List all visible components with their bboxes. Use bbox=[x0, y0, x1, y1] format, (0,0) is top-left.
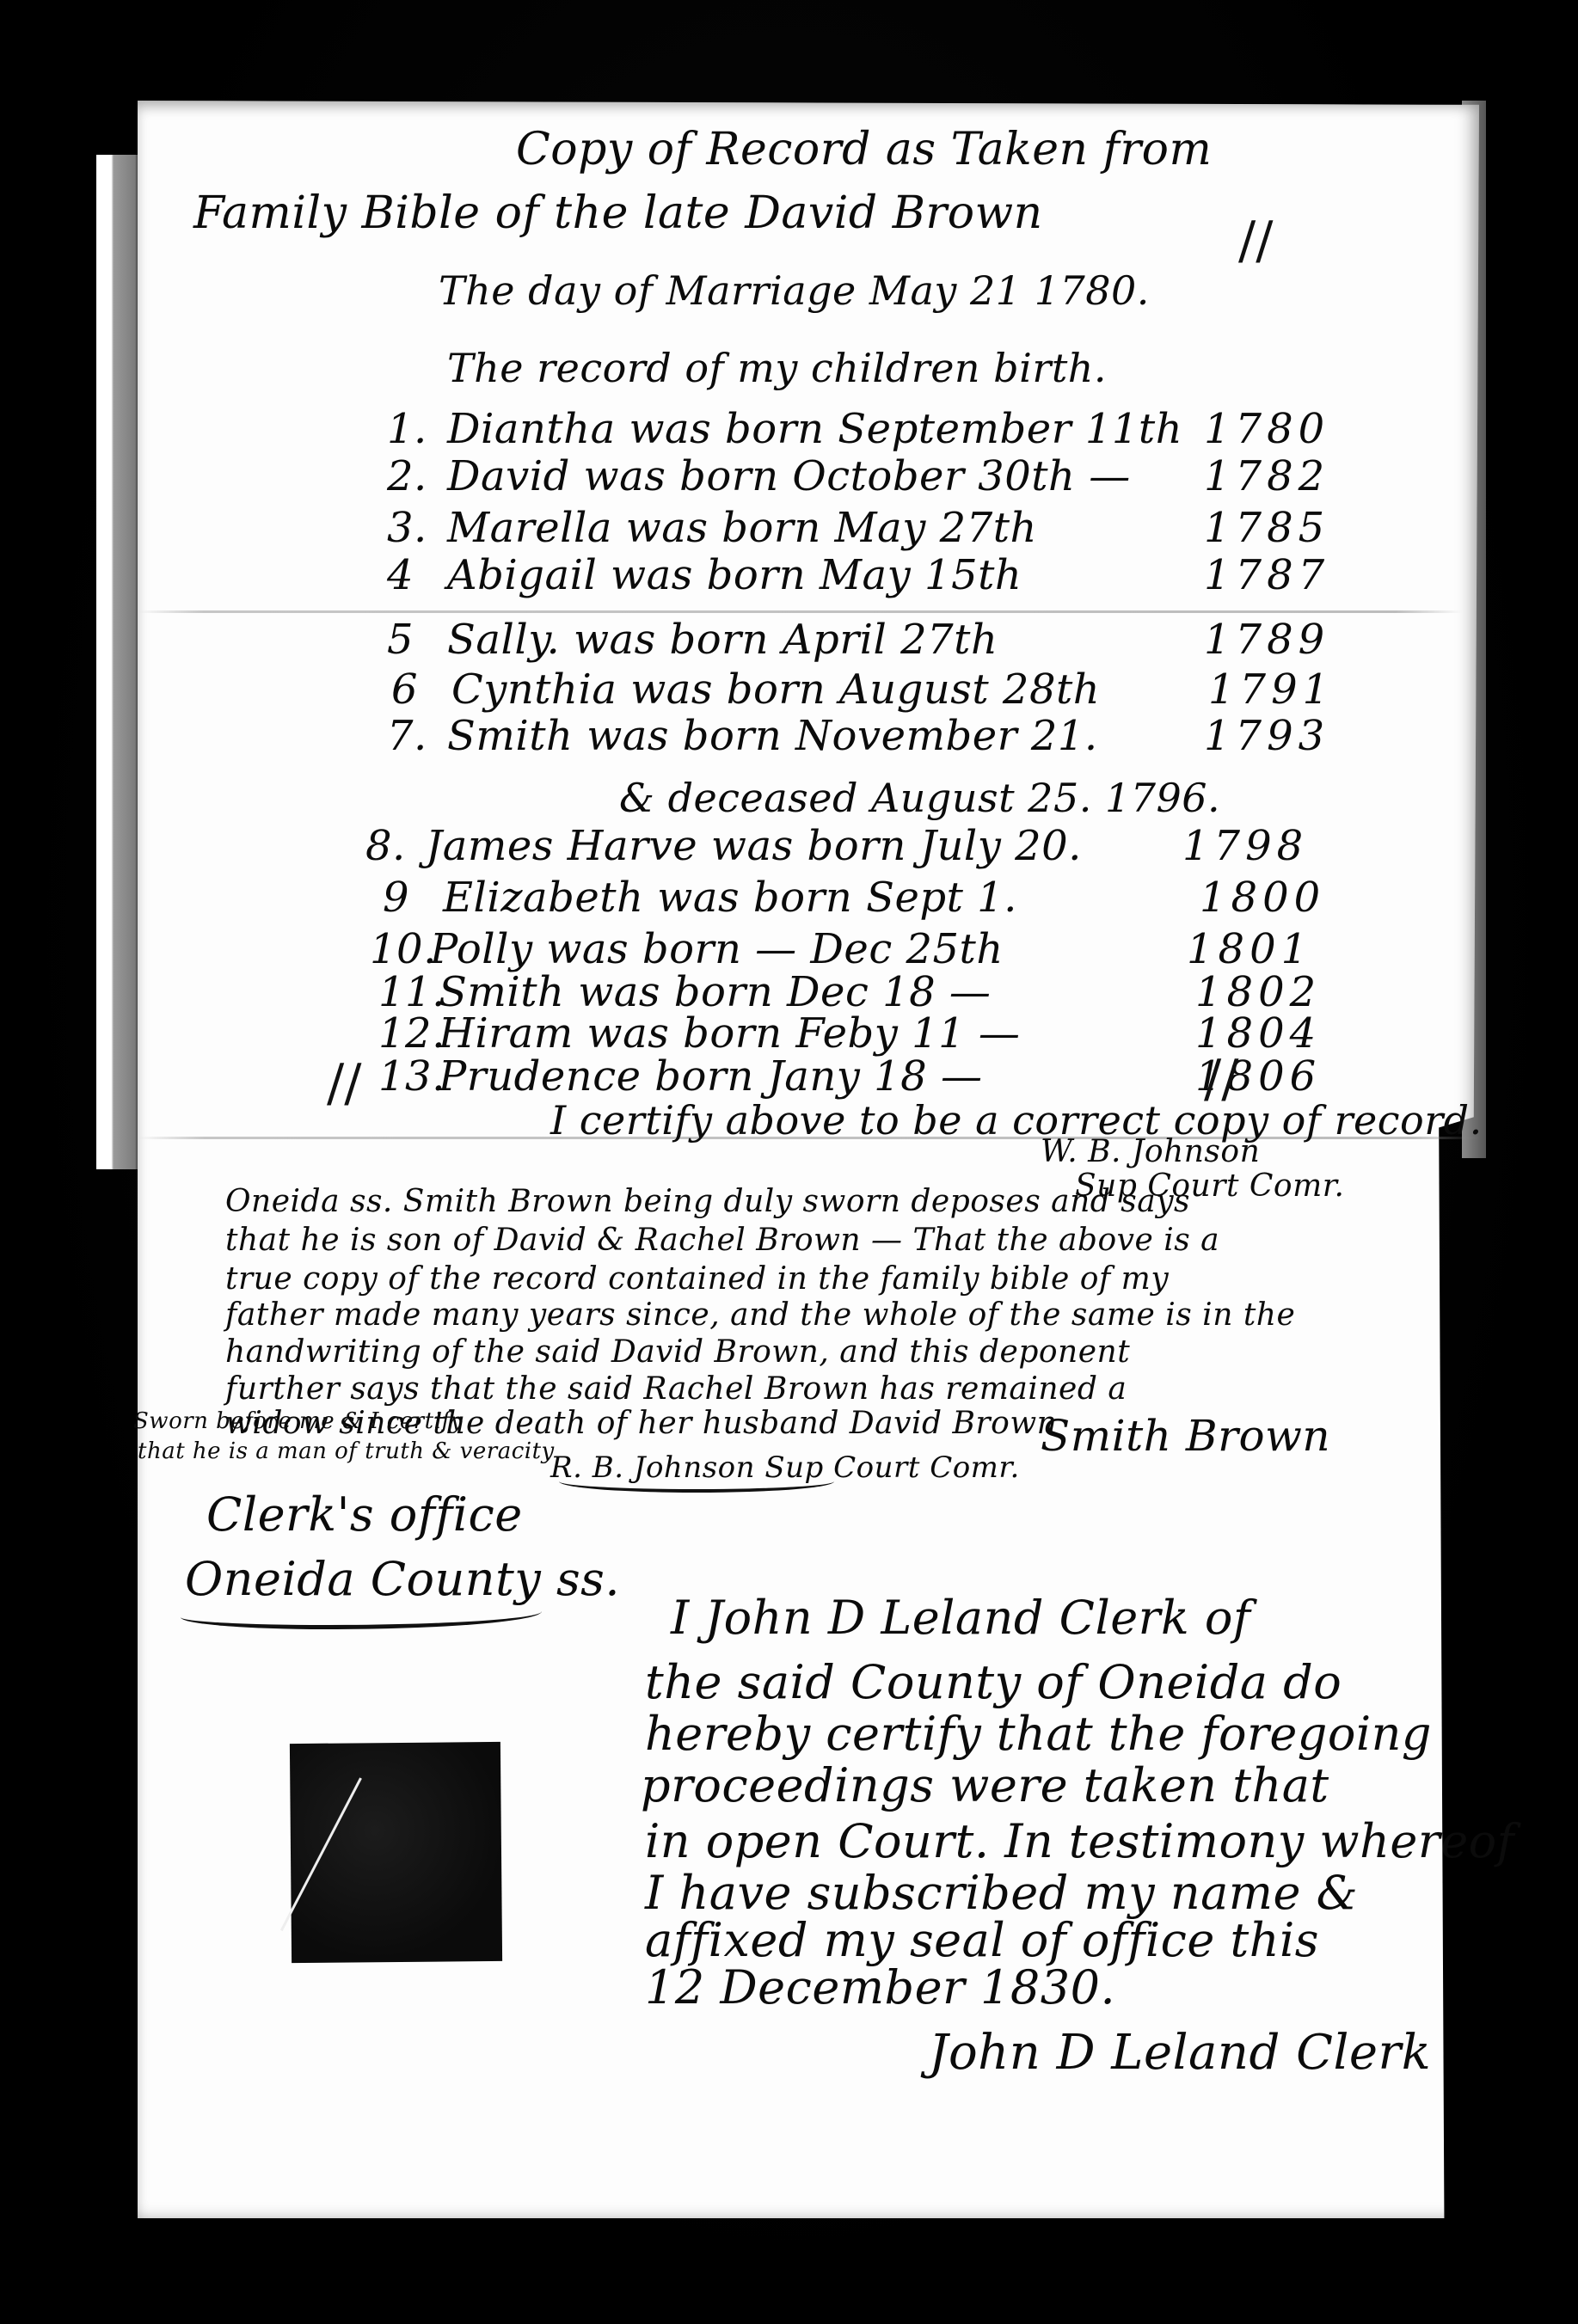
affidavit-line: Oneida ss. Smith Brown being duly sworn … bbox=[225, 1187, 1190, 1217]
entry-year: 1787 bbox=[1204, 555, 1333, 596]
entry-year: 1789 bbox=[1204, 619, 1333, 660]
entry-number: 2. bbox=[387, 456, 447, 497]
clerk-certificate-line: affixed my seal of office this bbox=[645, 1917, 1319, 1964]
entry-number: 6 bbox=[391, 669, 451, 710]
venue-line-2: Oneida County ss. bbox=[185, 1556, 620, 1603]
clerk-certificate-line: in open Court. In testimony whereof bbox=[645, 1818, 1514, 1865]
affidavit-line: that he is son of David & Rachel Brown —… bbox=[225, 1225, 1219, 1256]
entry-text: James Harve was born July 20. bbox=[426, 825, 1182, 867]
certify-line: I certify above to be a correct copy of … bbox=[550, 1101, 1483, 1140]
child-birth-entry: 4Abigail was born May 15th1787 bbox=[387, 555, 1333, 596]
affidavit-line: father made many years since, and the wh… bbox=[225, 1300, 1295, 1331]
entry-year: 1804 bbox=[1195, 1013, 1324, 1054]
child-birth-entry: 2.David was born October 30th —1782 bbox=[387, 456, 1333, 497]
marriage-line: The day of Marriage May 21 1780. bbox=[439, 271, 1150, 310]
entry-number: 7. bbox=[387, 715, 447, 757]
entry-number: 11. bbox=[378, 972, 439, 1013]
child-birth-entry: 7.Smith was born November 21.1793 bbox=[387, 715, 1333, 757]
signature-flourish bbox=[559, 1470, 834, 1493]
entry-number: 10. bbox=[370, 929, 430, 970]
affidavit-line: further says that the said Rachel Brown … bbox=[225, 1374, 1127, 1405]
child-birth-entry: 3.Marella was born May 27th1785 bbox=[387, 507, 1333, 549]
entry-text: Diantha was born September 11th bbox=[447, 408, 1204, 450]
deponent-signature: Smith Brown bbox=[1041, 1414, 1330, 1457]
entry-text: Sally. was born April 27th bbox=[447, 619, 1204, 660]
clerk-certificate-line: the said County of Oneida do bbox=[645, 1659, 1342, 1706]
entry-number: 13. bbox=[378, 1056, 439, 1097]
records-intro: The record of my children birth. bbox=[447, 348, 1107, 388]
entry-year: 1800 bbox=[1200, 877, 1329, 918]
clerk-certificate-line: I have subscribed my name & bbox=[645, 1870, 1358, 1916]
clerk-certificate-line: I John D Leland Clerk of bbox=[671, 1595, 1250, 1641]
entry-year: 1793 bbox=[1204, 715, 1333, 757]
entry-year: 1791 bbox=[1208, 669, 1337, 710]
entry-number: 5 bbox=[387, 619, 447, 660]
entry-year: 1782 bbox=[1204, 456, 1333, 497]
child-birth-entry: 9Elizabeth was born Sept 1.1800 bbox=[383, 877, 1329, 918]
child-birth-entry: 12.Hiram was born Feby 11 —1804 bbox=[378, 1013, 1324, 1054]
entry-text: Polly was born — Dec 25th bbox=[430, 929, 1187, 970]
child-birth-entry: 13.Prudence born Jany 18 —1806 bbox=[378, 1056, 1324, 1097]
sworn-line: Sworn before me & I certify bbox=[133, 1410, 464, 1432]
entry-text: Smith was born Dec 18 — bbox=[439, 972, 1195, 1013]
child-birth-entry: 10.Polly was born — Dec 25th1801 bbox=[370, 929, 1316, 970]
entry-text: Smith was born November 21. bbox=[447, 715, 1204, 757]
entry-text: Prudence born Jany 18 — bbox=[439, 1056, 1195, 1097]
child-birth-entry: 1.Diantha was born September 11th1780 bbox=[387, 408, 1333, 450]
paper-underlying-sheet bbox=[96, 155, 139, 1169]
entry-text: Abigail was born May 15th bbox=[447, 555, 1204, 596]
clerk-certificate-line: 12 December 1830. bbox=[645, 1965, 1115, 2011]
child-birth-entry: 8.James Harve was born July 20.1798 bbox=[365, 825, 1311, 867]
entry-number: 1. bbox=[387, 408, 447, 450]
entry-text: David was born October 30th — bbox=[447, 456, 1204, 497]
deceased-note: & deceased August 25. 1796. bbox=[619, 778, 1220, 818]
truth-line: that he is a man of truth & veracity bbox=[138, 1440, 555, 1462]
entry-text: Marella was born May 27th bbox=[447, 507, 1204, 549]
entry-text: Elizabeth was born Sept 1. bbox=[443, 877, 1200, 918]
entry-number: 3. bbox=[387, 507, 447, 549]
entry-text: Cynthia was born August 28th bbox=[451, 669, 1208, 710]
entry-year: 1801 bbox=[1187, 929, 1316, 970]
heading-line-2: Family Bible of the late David Brown bbox=[193, 191, 1043, 236]
child-birth-entry: 6Cynthia was born August 28th1791 bbox=[391, 669, 1337, 710]
affidavit-line: handwriting of the said David Brown, and… bbox=[225, 1337, 1130, 1368]
entry-text: Hiram was born Feby 11 — bbox=[439, 1013, 1195, 1054]
clerk-signature: John D Leland Clerk bbox=[929, 2029, 1431, 2077]
entry-number: 12. bbox=[378, 1013, 439, 1054]
entry-number: 4 bbox=[387, 555, 447, 596]
child-birth-entry: 11.Smith was born Dec 18 —1802 bbox=[378, 972, 1324, 1013]
clerk-certificate-line: proceedings were taken that bbox=[641, 1763, 1329, 1809]
clerk-seal bbox=[290, 1742, 502, 1963]
entry-year: 1798 bbox=[1182, 825, 1311, 867]
ditto-mark-icon: // bbox=[327, 1053, 361, 1113]
affidavit-line: true copy of the record contained in the… bbox=[225, 1264, 1169, 1295]
entry-year: 1785 bbox=[1204, 507, 1333, 549]
entry-number: 8. bbox=[365, 825, 426, 867]
entry-year: 1802 bbox=[1195, 972, 1324, 1013]
fold-line bbox=[138, 610, 1462, 613]
seal-scratch-mark bbox=[280, 1777, 362, 1931]
ditto-mark-icon: // bbox=[1238, 211, 1273, 271]
clerk-certificate-line: hereby certify that the foregoing bbox=[645, 1711, 1432, 1757]
entry-number: 9 bbox=[383, 877, 443, 918]
certifier-name: W. B. Johnson bbox=[1041, 1137, 1260, 1168]
venue-line-1: Clerk's office bbox=[206, 1492, 523, 1538]
child-birth-entry: 5Sally. was born April 27th1789 bbox=[387, 619, 1333, 660]
heading-line-1: Copy of Record as Taken from bbox=[516, 127, 1212, 172]
entry-year: 1780 bbox=[1204, 408, 1333, 450]
